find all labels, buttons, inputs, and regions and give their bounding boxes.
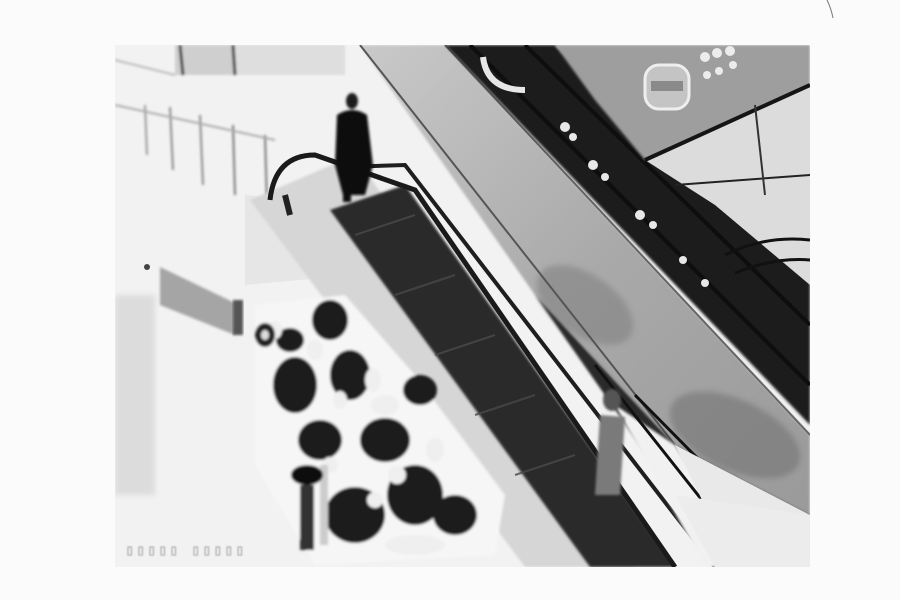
page-edge-mark [825,0,835,20]
camera-timestamp: ▯▯▯▯▯ ▯▯▯▯▯ [125,541,246,559]
burger-logo [645,65,689,109]
escalator-photo: ▯▯▯▯▯ ▯▯▯▯▯ [115,45,810,567]
photo-scene [115,45,810,567]
